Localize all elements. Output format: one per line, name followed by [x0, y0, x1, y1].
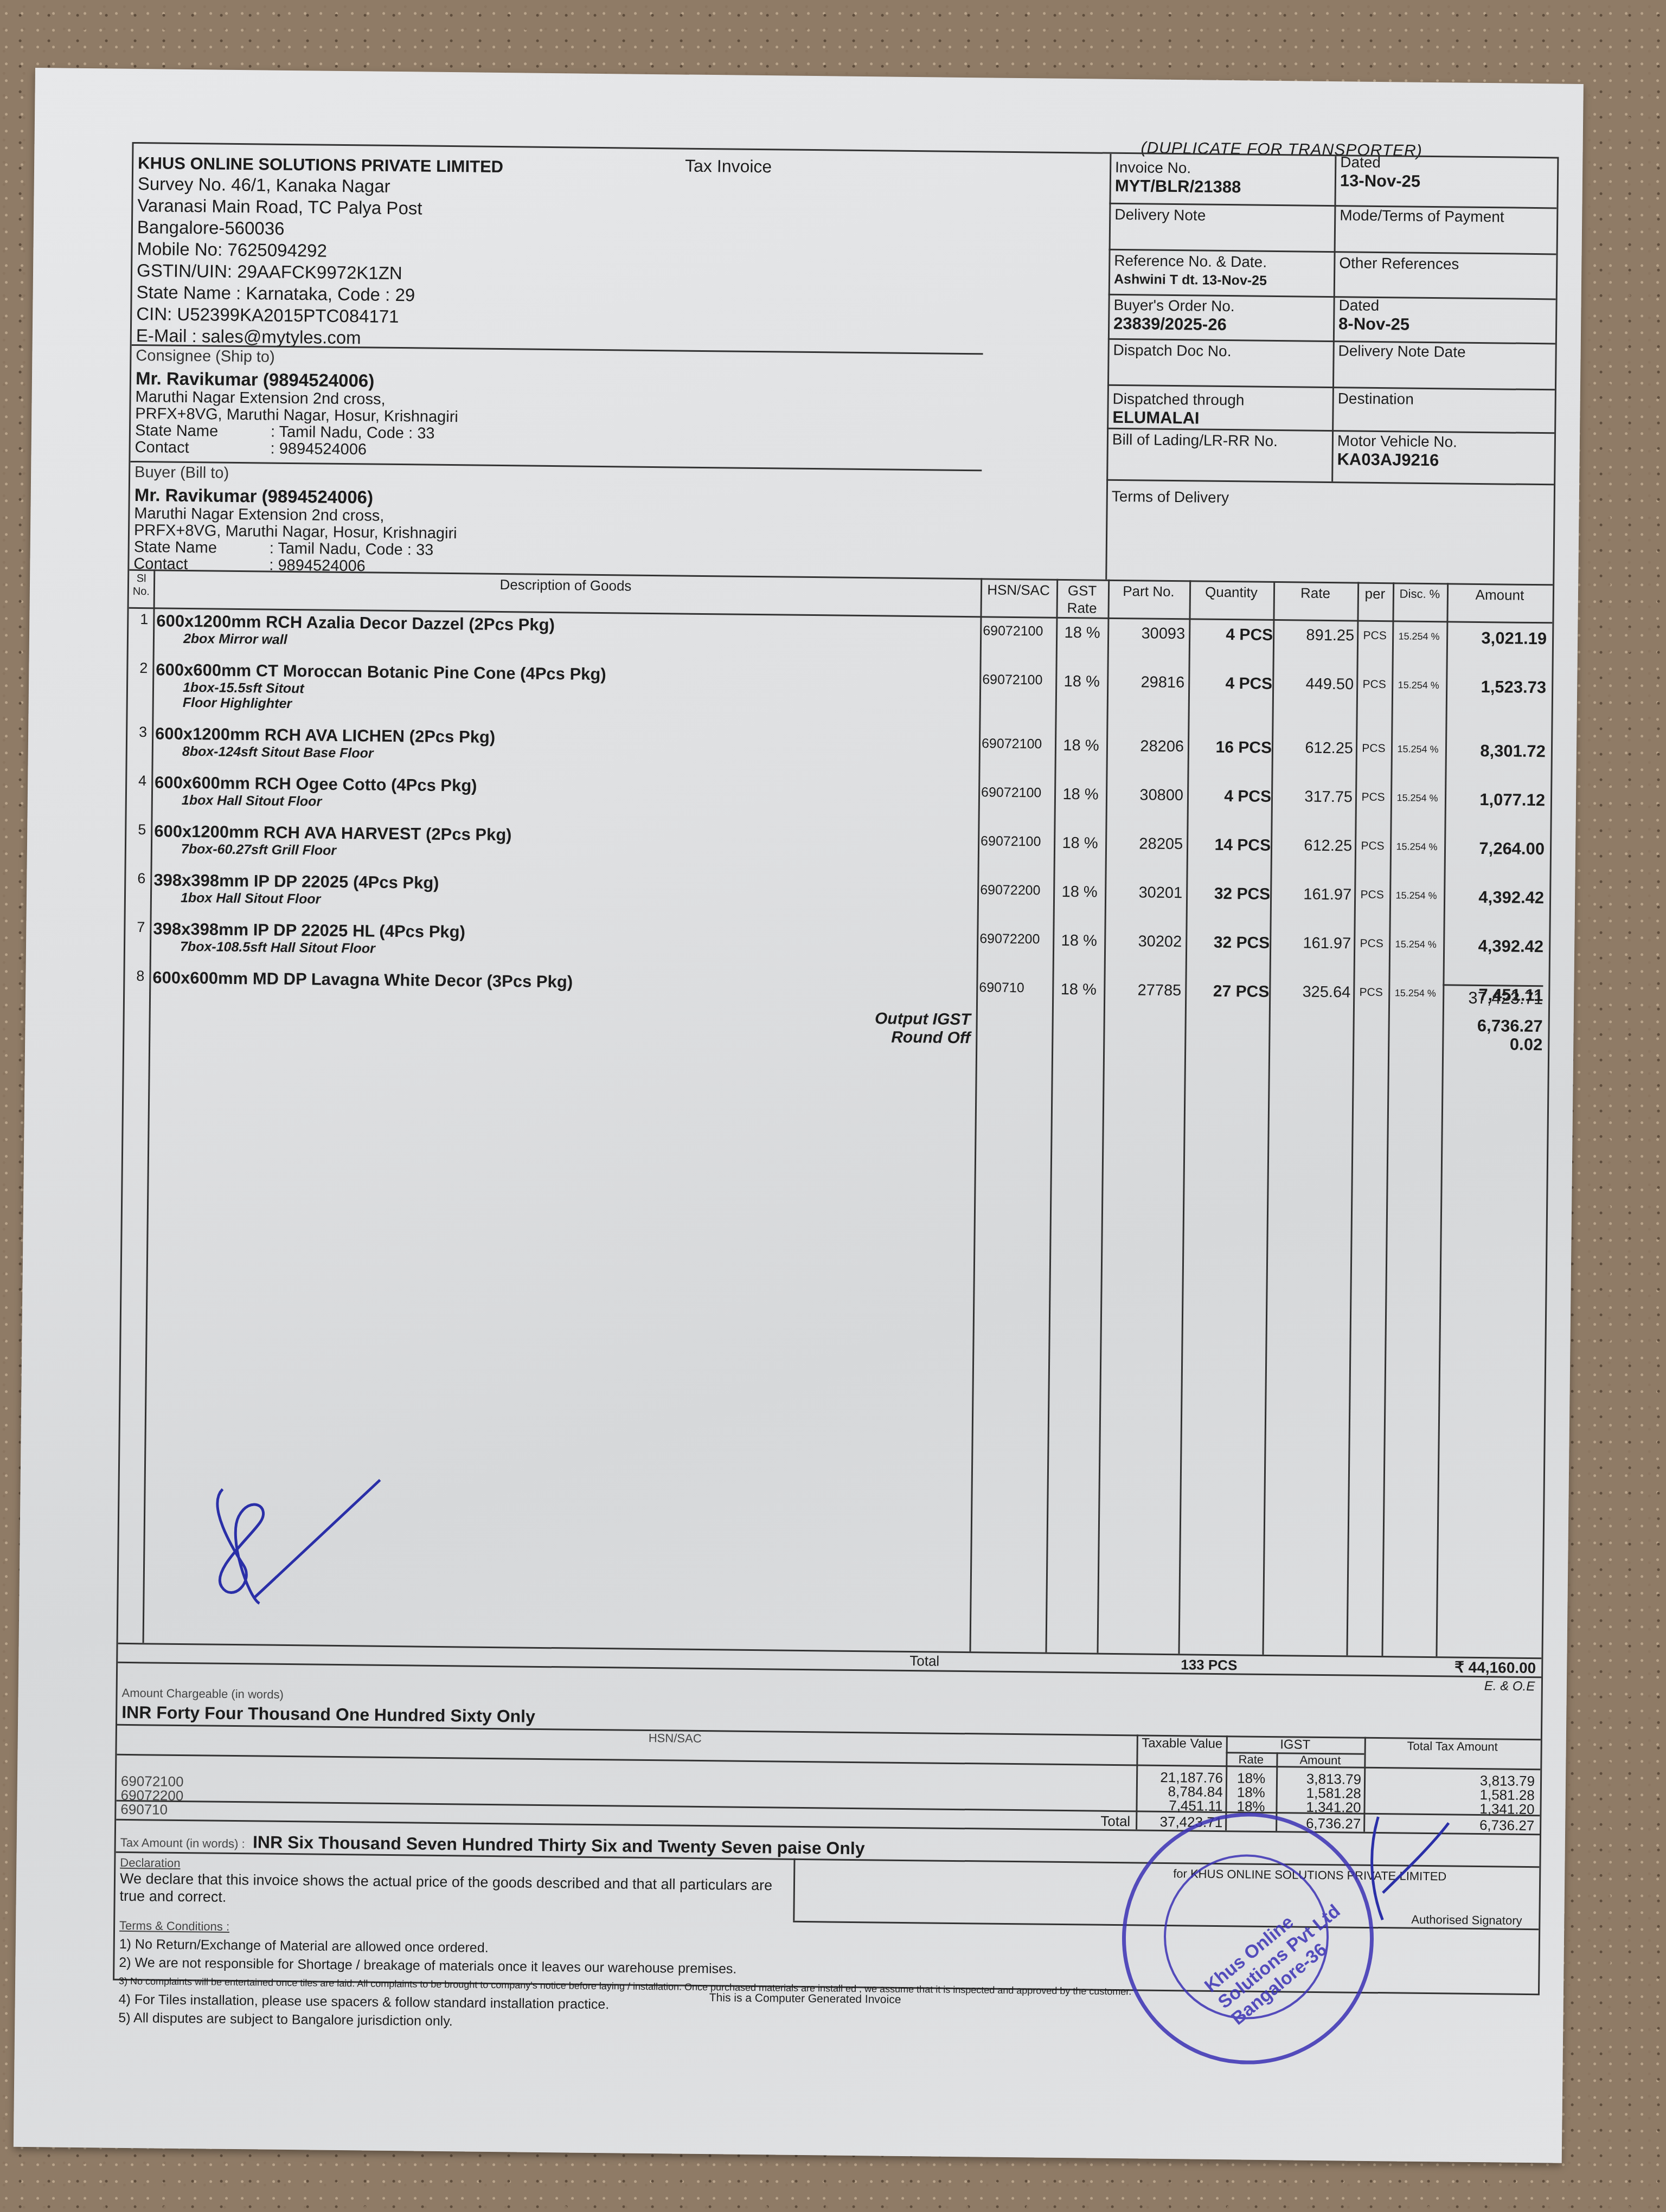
table-row: 6398x398mm IP DP 22025 (4Pcs Pkg)1box Ha… [126, 870, 1550, 885]
header-part: Part No. [1108, 582, 1189, 601]
cell-part: 30202 [1106, 933, 1182, 951]
summary-header-taxable: Taxable Value [1139, 1736, 1225, 1751]
total-qty: 133 PCS [1181, 1656, 1237, 1674]
cell-rate: 161.97 [1271, 934, 1351, 953]
cell-rate: 449.50 [1273, 675, 1354, 694]
cell-amount: 1,523.73 [1447, 677, 1546, 697]
item-note: 7box-60.27sft Grill Floor [154, 841, 981, 865]
cell-part: 28206 [1108, 737, 1184, 756]
cell-rate: 317.75 [1272, 788, 1353, 807]
cell-part: 30201 [1106, 884, 1182, 902]
summary-cell-hsn: 690710 [120, 1801, 168, 1818]
divider [118, 1662, 1541, 1678]
summary-header-amount: Amount [1276, 1753, 1364, 1768]
dispatched-through-label: Dispatched through [1113, 390, 1245, 410]
declaration-text: We declare that this invoice shows the a… [120, 1870, 793, 1912]
computer-generated-note: This is a Computer Generated Invoice [709, 1991, 901, 2007]
output-igst-label: Output IGST [776, 1008, 971, 1029]
cell-qty: 14 PCS [1189, 835, 1271, 855]
summary-header-total-tax: Total Tax Amount [1367, 1739, 1538, 1754]
cell-part: 27785 [1105, 981, 1181, 1000]
cell-description: 600x1200mm RCH AVA LICHEN (2Pcs Pkg)8box… [152, 724, 983, 767]
vehicle-cell: Motor Vehicle No. KA03AJ9216 [1337, 432, 1457, 470]
cell-qty: 4 PCS [1191, 625, 1273, 645]
dispatch-doc-label: Dispatch Doc No. [1113, 341, 1231, 361]
buyer-state-label: State Name [134, 539, 270, 557]
cell-gst: 18 % [1054, 932, 1104, 950]
header-gst: GST Rate [1056, 582, 1108, 617]
grand-total: ₹ 44,160.00 [1436, 1658, 1536, 1677]
cell-amount: 8,301.72 [1446, 741, 1546, 761]
cell-part: 30800 [1107, 786, 1183, 805]
buyer-state: : Tamil Nadu, Code : 33 [270, 540, 434, 559]
reference-value: Ashwini T dt. 13-Nov-25 [1114, 270, 1267, 290]
cell-per: PCS [1356, 889, 1388, 902]
divider [1106, 479, 1554, 486]
reference-cell: Reference No. & Date. Ashwini T dt. 13-N… [1114, 252, 1267, 290]
summary-header-rate: Rate [1226, 1752, 1276, 1767]
cell-sl: 3 [127, 724, 149, 741]
cell-qty: 4 PCS [1190, 787, 1271, 806]
amount-words: INR Forty Four Thousand One Hundred Sixt… [121, 1702, 535, 1727]
tax-words-row: Tax Amount (in words) : INR Six Thousand… [120, 1831, 865, 1859]
item-note: 2box Mirror wall [156, 631, 983, 654]
cell-gst: 18 % [1053, 981, 1104, 999]
header-disc: Disc. % [1393, 585, 1447, 603]
order-date: 8-Nov-25 [1338, 314, 1409, 333]
buyer-order-label: Buyer's Order No. [1113, 296, 1235, 316]
dispatched-through-cell: Dispatched through ELUMALAI [1112, 390, 1245, 428]
consignee-contact: : 9894524006 [270, 440, 367, 459]
payment-terms-label: Mode/Terms of Payment [1340, 206, 1504, 226]
eoe-note: E. & O.E [1484, 1679, 1535, 1694]
reference-label: Reference No. & Date. [1114, 252, 1267, 272]
cell-description: 600x600mm RCH Ogee Cotto (4Pcs Pkg)1box … [151, 773, 982, 816]
table-row: 3600x1200mm RCH AVA LICHEN (2Pcs Pkg)8bo… [127, 724, 1551, 738]
cell-gst: 18 % [1055, 834, 1105, 853]
summary-header-igst: IGST [1226, 1737, 1364, 1753]
buyer-order-cell: Buyer's Order No. 23839/2025-26 [1113, 296, 1235, 334]
cell-hsn: 69072200 [980, 882, 1056, 898]
item-note: 1box Hall Sitout Floor [155, 792, 982, 816]
cell-per: PCS [1358, 678, 1391, 692]
cell-rate: 612.25 [1273, 739, 1353, 758]
cell-amount: 7,264.00 [1445, 838, 1545, 859]
table-row: 4600x600mm RCH Ogee Cotto (4Pcs Pkg)1box… [127, 773, 1550, 787]
cell-description: 600x600mm CT Moroccan Botanic Pine Cone … [152, 660, 983, 718]
cell-part: 29816 [1108, 673, 1184, 692]
cell-hsn: 69072100 [981, 785, 1057, 801]
summary-total-label: Total [1038, 1812, 1130, 1830]
cell-part: 28205 [1107, 835, 1183, 853]
cell-rate: 891.25 [1274, 626, 1354, 645]
cell-disc: 15.254 % [1392, 743, 1444, 755]
delivery-note-label: Delivery Note [1114, 205, 1206, 225]
divider [793, 1859, 795, 1921]
cell-description: 398x398mm IP DP 22025 (4Pcs Pkg)1box Hal… [150, 870, 981, 914]
cell-gst: 18 % [1054, 883, 1105, 902]
order-date-label: Dated [1338, 296, 1409, 315]
header-sl: Sl No. [129, 572, 154, 598]
cell-gst: 18 % [1055, 786, 1106, 804]
signature-mark-icon [1344, 1811, 1454, 1942]
table-row: 7398x398mm IP DP 22025 HL (4Pcs Pkg)7box… [126, 919, 1549, 934]
cell-disc: 15.254 % [1393, 679, 1444, 691]
cell-hsn: 69072100 [982, 672, 1058, 688]
cell-description: 600x1200mm RCH Azalia Decor Dazzel (2Pcs… [153, 611, 984, 654]
delivery-note-date-label: Delivery Note Date [1338, 342, 1465, 361]
cell-per: PCS [1357, 791, 1389, 805]
consignee-state-label: State Name [135, 422, 271, 441]
table-row: 8600x600mm MD DP Lavagna White Decor (3P… [125, 968, 1549, 982]
item-note: 8box-124sft Sitout Base Floor [155, 743, 982, 767]
table-row: 1600x1200mm RCH Azalia Decor Dazzel (2Pc… [129, 611, 1553, 626]
table-row: 5600x1200mm RCH AVA HARVEST (2Pcs Pkg)7b… [126, 821, 1550, 836]
other-refs-label: Other References [1339, 254, 1459, 273]
item-note: 1box Hall Sitout Floor [153, 890, 981, 914]
cell-qty: 27 PCS [1188, 982, 1269, 1001]
invoice-date-cell: Dated 13-Nov-25 [1340, 153, 1421, 191]
summary-header-hsn: HSN/SAC [649, 1731, 702, 1746]
cell-per: PCS [1355, 986, 1387, 1000]
summary-cell-taxable: 7,451.11 [1138, 1797, 1222, 1815]
invoice-date-label: Dated [1340, 153, 1421, 172]
cell-amount: 1,077.12 [1446, 789, 1545, 810]
round-off-label: Round Off [775, 1027, 970, 1047]
cell-rate: 161.97 [1271, 885, 1351, 904]
amount-words-label: Amount Chargeable (in words) [121, 1686, 284, 1702]
header-qty: Quantity [1189, 583, 1273, 601]
vehicle-no: KA03AJ9216 [1337, 450, 1457, 470]
invoice-no-label: Invoice No. [1115, 158, 1241, 178]
seller-address: Survey No. 46/1, Kanaka Nagar Varanasi M… [136, 173, 984, 355]
divider [1107, 384, 1555, 391]
dispatched-through: ELUMALAI [1112, 408, 1244, 428]
divider [1136, 1734, 1138, 1829]
cell-amount: 4,392.42 [1445, 887, 1544, 908]
cell-description: 398x398mm IP DP 22025 HL (4Pcs Pkg)7box-… [150, 919, 981, 962]
cell-qty: 16 PCS [1190, 738, 1272, 757]
cell-hsn: 69072100 [981, 833, 1056, 850]
cell-per: PCS [1356, 840, 1389, 853]
cell-qty: 4 PCS [1191, 674, 1272, 693]
cell-disc: 15.254 % [1389, 987, 1441, 999]
consignee-state: : Tamil Nadu, Code : 33 [271, 423, 435, 442]
header-rate: Rate [1273, 584, 1357, 602]
cell-sl: 5 [126, 821, 148, 838]
invoice-paper: Tax Invoice (DUPLICATE FOR TRANSPORTER) … [14, 68, 1584, 2163]
cell-gst: 18 % [1057, 624, 1107, 642]
buyer-block: Buyer (Bill to) Mr. Ravikumar (989452400… [133, 464, 981, 581]
cell-rate: 325.64 [1270, 983, 1350, 1002]
cell-hsn: 69072100 [982, 736, 1058, 752]
divider [118, 1643, 1542, 1659]
cell-sl: 1 [129, 611, 150, 628]
cell-disc: 15.254 % [1393, 631, 1445, 642]
cell-sl: 4 [127, 773, 149, 789]
cell-gst: 18 % [1056, 673, 1107, 691]
invoice-frame: KHUS ONLINE SOLUTIONS PRIVATE LIMITED Su… [113, 142, 1559, 1995]
cell-sl: 8 [125, 968, 146, 985]
cell-qty: 32 PCS [1189, 884, 1270, 904]
declaration-block: Declaration We declare that this invoice… [120, 1856, 793, 1912]
terms-of-delivery-label: Terms of Delivery [1112, 487, 1229, 507]
cell-per: PCS [1357, 742, 1390, 756]
output-igst: 6,736.27 [1442, 1015, 1542, 1036]
cell-disc: 15.254 % [1390, 938, 1441, 950]
cell-per: PCS [1355, 937, 1388, 951]
subtotal: 37,423.71 [1443, 984, 1543, 1008]
vehicle-label: Motor Vehicle No. [1337, 432, 1457, 451]
destination-label: Destination [1338, 389, 1414, 408]
seller-block: KHUS ONLINE SOLUTIONS PRIVATE LIMITED Su… [136, 153, 984, 355]
signature-icon [200, 1472, 396, 1637]
tax-words-label: Tax Amount (in words) : [120, 1836, 245, 1850]
cell-sl: 6 [126, 870, 148, 887]
cell-disc: 15.254 % [1391, 841, 1443, 853]
cell-description: 600x600mm MD DP Lavagna White Decor (3Pc… [149, 968, 979, 996]
order-date-cell: Dated 8-Nov-25 [1338, 296, 1410, 333]
cell-disc: 15.254 % [1392, 792, 1443, 804]
cell-per: PCS [1359, 629, 1391, 643]
cell-amount: 4,392.42 [1444, 936, 1543, 956]
header-amount: Amount [1447, 586, 1553, 604]
total-label: Total [909, 1652, 939, 1670]
cell-hsn: 69072100 [983, 623, 1059, 639]
cell-part: 30093 [1109, 625, 1185, 643]
invoice-date: 13-Nov-25 [1340, 171, 1421, 191]
item-note: 7box-108.5sft Hall Sitout Floor [153, 938, 980, 962]
header-per: per [1357, 585, 1393, 603]
cell-rate: 612.25 [1272, 837, 1352, 856]
cell-hsn: 690710 [979, 980, 1055, 996]
cell-amount: 3,021.19 [1447, 628, 1547, 648]
cell-qty: 32 PCS [1188, 933, 1270, 953]
cell-disc: 15.254 % [1391, 890, 1442, 902]
bill-of-lading-label: Bill of Lading/LR-RR No. [1112, 430, 1278, 451]
invoice-no: MYT/BLR/21388 [1115, 177, 1241, 196]
cell-sl: 7 [125, 919, 147, 936]
table-row: 2600x600mm CT Moroccan Botanic Pine Cone… [129, 660, 1552, 674]
consignee-block: Consignee (Ship to) Mr. Ravikumar (98945… [135, 347, 982, 465]
header-hsn: HSN/SAC [981, 581, 1056, 599]
round-off: 0.02 [1442, 1034, 1542, 1054]
invoice-no-cell: Invoice No. MYT/BLR/21388 [1115, 158, 1241, 196]
cell-sl: 2 [128, 660, 150, 677]
consignee-contact-label: Contact [135, 439, 271, 458]
divider [1105, 154, 1111, 580]
cell-gst: 18 % [1056, 737, 1106, 755]
cell-hsn: 69072200 [979, 931, 1055, 947]
buyer-order-no: 23839/2025-26 [1113, 314, 1235, 334]
cell-description: 600x1200mm RCH AVA HARVEST (2Pcs Pkg)7bo… [151, 821, 982, 865]
